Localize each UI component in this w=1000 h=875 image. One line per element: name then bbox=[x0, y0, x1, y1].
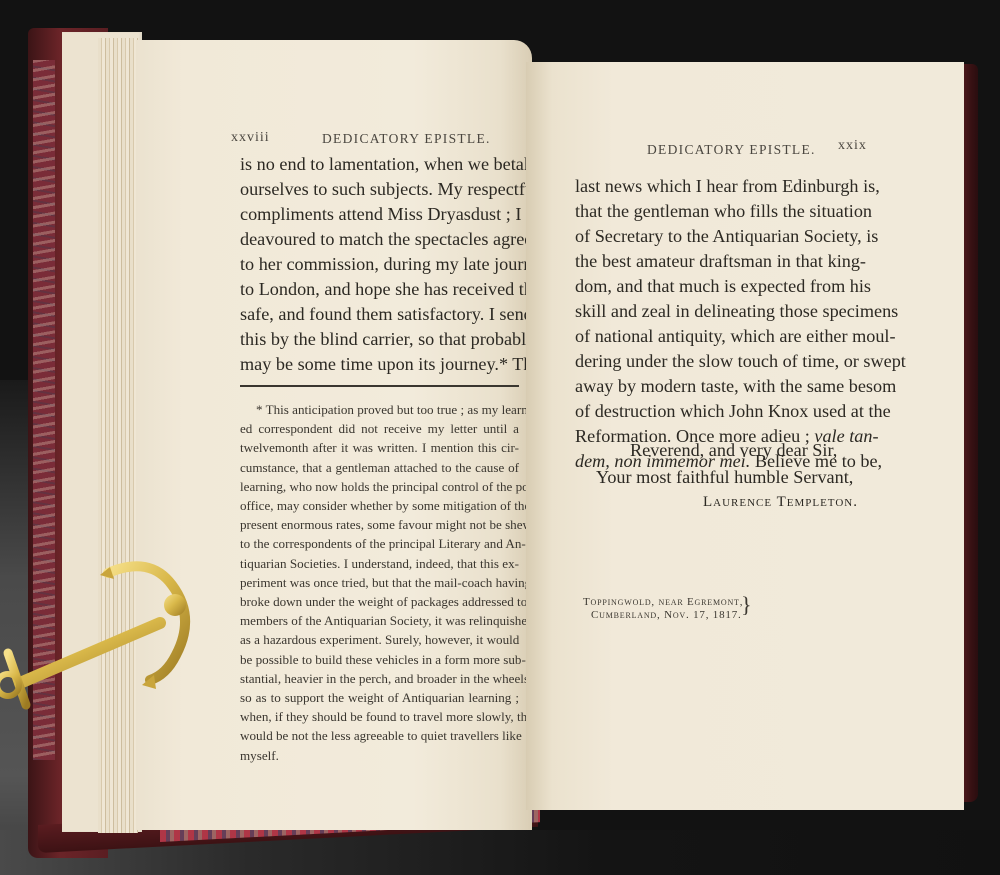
brace-glyph: } bbox=[741, 592, 752, 618]
footnote-line: ed correspondent did not receive my lett… bbox=[240, 419, 519, 438]
text-line: to London, and hope she has received the… bbox=[240, 277, 520, 302]
text-line: of destruction which John Knox used at t… bbox=[575, 399, 866, 424]
text-line: that the gentleman who fills the situati… bbox=[575, 199, 866, 224]
text-line: of national antiquity, which are either … bbox=[575, 324, 866, 349]
footnote-line: cumstance, that a gentleman attached to … bbox=[240, 458, 519, 477]
text-line: deavoured to match the spectacles agreea… bbox=[240, 227, 520, 252]
footnote-line: stantial, heavier in the perch, and broa… bbox=[240, 669, 519, 688]
closing-complimentary: Your most faithful humble Servant, bbox=[596, 467, 853, 488]
text-line: the best amateur draftsman in that king- bbox=[575, 249, 866, 274]
right-body-text: last news which I hear from Edinburgh is… bbox=[575, 174, 866, 474]
text-line: to her commission, during my late journe… bbox=[240, 252, 520, 277]
text-line: last news which I hear from Edinburgh is… bbox=[575, 174, 866, 199]
closing-salutation: Reverend, and very dear Sir, bbox=[630, 440, 837, 461]
footnote-line: learning, who now holds the principal co… bbox=[240, 477, 519, 496]
dateline: Toppingwold, near Egremont, Cumberland, … bbox=[583, 596, 743, 622]
text-line: may be some time upon its journey.* The bbox=[240, 352, 520, 377]
text-line: skill and zeal in delineating those spec… bbox=[575, 299, 866, 324]
footnote-line: to the correspondents of the principal L… bbox=[240, 534, 519, 553]
text-line: is no end to lamentation, when we betake bbox=[240, 152, 520, 177]
footnote-line: as a hazardous experiment. Surely, howev… bbox=[240, 630, 519, 649]
anchor-bookmark-icon bbox=[0, 545, 210, 715]
footnote-line: so as to support the weight of Antiquari… bbox=[240, 688, 519, 707]
footnote-line: be possible to build these vehicles in a… bbox=[240, 650, 519, 669]
dateline-place: Toppingwold, near Egremont, bbox=[583, 596, 743, 609]
footnote-line: tiquarian Societies. I understand, indee… bbox=[240, 554, 519, 573]
text-line: safe, and found them satisfactory. I sen… bbox=[240, 302, 520, 327]
text-line: ourselves to such subjects. My respectfu… bbox=[240, 177, 520, 202]
left-running-head: DEDICATORY EPISTLE. bbox=[322, 131, 491, 147]
text-line: compliments attend Miss Dryasdust ; I en… bbox=[240, 202, 520, 227]
footnote-line: present enormous rates, some favour migh… bbox=[240, 515, 519, 534]
signature: Laurence Templeton. bbox=[703, 494, 858, 511]
footnote-line: when, if they should be found to travel … bbox=[240, 707, 519, 726]
footnote-line: twelvemonth after it was written. I ment… bbox=[240, 438, 519, 457]
footnote-line: periment was once tried, but that the ma… bbox=[240, 573, 519, 592]
footnote: * This anticipation proved but too true … bbox=[240, 400, 519, 765]
footnote-line: myself. bbox=[240, 746, 519, 765]
text-line: this by the blind carrier, so that proba… bbox=[240, 327, 520, 352]
right-running-head: DEDICATORY EPISTLE. bbox=[647, 142, 816, 158]
text-line: dom, and that much is expected from his bbox=[575, 274, 866, 299]
footnote-line: broke down under the weight of packages … bbox=[240, 592, 519, 611]
dateline-date: Cumberland, Nov. 17, 1817. bbox=[583, 609, 743, 622]
footnote-line: office, may consider whether by some mit… bbox=[240, 496, 519, 515]
footnote-line: members of the Antiquarian Society, it w… bbox=[240, 611, 519, 630]
text-line: dering under the slow touch of time, or … bbox=[575, 349, 866, 374]
text-line: away by modern taste, with the same beso… bbox=[575, 374, 866, 399]
footnote-line: would be not the less agreeable to quiet… bbox=[240, 726, 519, 745]
text-line: of Secretary to the Antiquarian Society,… bbox=[575, 224, 866, 249]
right-folio: xxix bbox=[838, 138, 867, 154]
left-body-text: is no end to lamentation, when we betake… bbox=[240, 152, 520, 377]
footnote-rule bbox=[240, 385, 519, 387]
left-folio: xxviii bbox=[231, 130, 270, 146]
footnote-line: * This anticipation proved but too true … bbox=[240, 400, 519, 419]
